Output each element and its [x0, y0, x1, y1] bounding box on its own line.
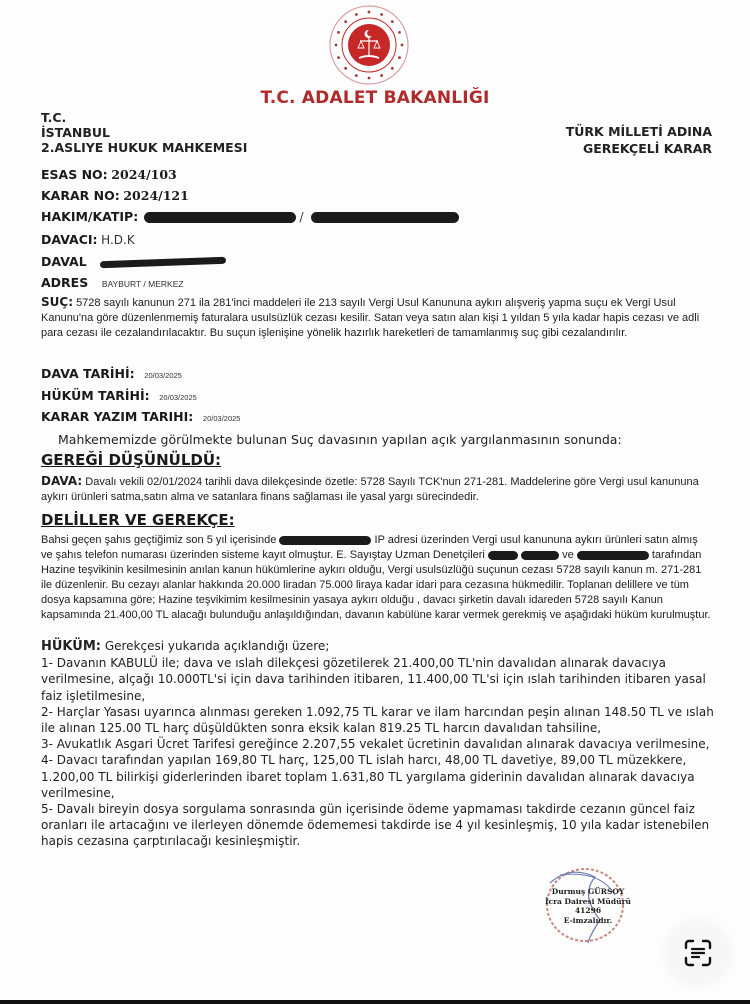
suc-label: SUÇ:	[41, 295, 73, 309]
dava-text: Davalı vekili 02/01/2024 tarihli dava di…	[41, 476, 699, 503]
bottom-edge	[0, 1000, 750, 1004]
karar-label: KARAR NO:	[41, 188, 120, 203]
signer-name: Durmuş GÜRSOY	[543, 887, 633, 897]
document-page: T.C. ADALET BAKANLIĞI T.C. İSTANBUL 2.AS…	[0, 0, 750, 1000]
davali-label: DAVAL	[41, 254, 87, 269]
karar-row: KARAR NO: 2024/121	[41, 188, 189, 203]
court-header: T.C. İSTANBUL 2.ASLIYE HUKUK MAHKEMESI	[41, 110, 247, 155]
dava-tarihi-row: DAVA TARİHİ: 20/03/2025	[41, 366, 182, 381]
dava-paragraph: DAVA: Davalı vekili 02/01/2024 tarihli d…	[41, 474, 711, 505]
redaction-mark	[311, 212, 459, 223]
dava-label: DAVA:	[41, 474, 82, 488]
ministry-title: T.C. ADALET BAKANLIĞI	[0, 88, 750, 108]
karar-yazim-row: KARAR YAZIM TARIHI: 20/03/2025	[41, 409, 240, 424]
court-country: T.C.	[41, 110, 247, 125]
hukum-item: 1- Davanın KABULÜ ile; dava ve ıslah dil…	[41, 655, 721, 704]
davali-row: DAVAL	[41, 254, 226, 269]
suc-text: 5728 sayılı kanunun 271 ila 281'inci mad…	[41, 297, 699, 339]
redaction-mark	[521, 551, 559, 560]
adres-row: ADRES BAYBURT / MERKEZ	[41, 275, 184, 290]
davaci-row: DAVACI: H.D.K	[41, 232, 135, 247]
hukum-item: 2- Harçlar Yasası uyarınca alınması gere…	[41, 704, 721, 736]
hukum-item: 5- Davalı bireyin dosya sorgulama sonras…	[41, 801, 721, 850]
redaction-mark	[488, 551, 518, 560]
hukum-label: HÜKÜM:	[41, 639, 101, 654]
text-scan-button[interactable]	[667, 922, 729, 984]
esas-row: ESAS NO: 2024/103	[41, 167, 177, 182]
dava-tarihi-label: DAVA TARİHİ:	[41, 366, 135, 381]
hukum-intro: Gerekçesi yukarıda açıklandığı üzere;	[105, 639, 330, 653]
deliller-title: DELİLLER VE GEREKÇE:	[41, 511, 235, 529]
hukum-item: 4- Davacı tarafından yapılan 169,80 TL h…	[41, 752, 721, 801]
hukum-tarihi-label: HÜKÜM TARİHİ:	[41, 388, 150, 403]
redaction-mark	[279, 536, 371, 545]
adres-value: BAYBURT / MERKEZ	[102, 279, 184, 289]
decision-type: GEREKÇELİ KARAR	[566, 140, 712, 157]
decision-header: TÜRK MİLLETİ ADINA GEREKÇELİ KARAR	[566, 123, 712, 157]
hakim-label: HAKIM/KATIP:	[41, 209, 138, 224]
hukum-item: 3- Avukatlık Asgari Ücret Tarifesi gereğ…	[41, 736, 721, 752]
deliller-text-c: ve	[562, 549, 574, 561]
dava-tarihi-value: 20/03/2025	[144, 371, 182, 380]
hukum-section: HÜKÜM: Gerekçesi yukarıda açıklandığı üz…	[41, 638, 721, 850]
karar-yazim-label: KARAR YAZIM TARIHI:	[41, 409, 193, 424]
adres-label: ADRES	[41, 275, 88, 290]
hukum-tarihi-value: 20/03/2025	[159, 393, 197, 402]
intro-text: Mahkememizde görülmekte bulunan Suç dava…	[58, 432, 622, 447]
karar-yazim-value: 20/03/2025	[203, 414, 241, 423]
redaction-mark	[144, 212, 296, 223]
hakim-separator: /	[299, 210, 303, 224]
hukum-heading: HÜKÜM: Gerekçesi yukarıda açıklandığı üz…	[41, 638, 721, 655]
signer-id: 41296	[543, 906, 633, 916]
court-name: 2.ASLIYE HUKUK MAHKEMESI	[41, 140, 247, 155]
redaction-mark	[100, 257, 226, 268]
signer-note: E-imzalıdır.	[543, 916, 633, 926]
deliller-paragraph: Bahsi geçen şahıs geçtiğimiz son 5 yıl i…	[41, 533, 711, 623]
ministry-emblem-icon	[328, 4, 410, 86]
davaci-label: DAVACI:	[41, 232, 98, 247]
nation-heading: TÜRK MİLLETİ ADINA	[566, 123, 712, 140]
signature-block: Durmuş GÜRSOY İcra Dairesi Müdürü 41296 …	[543, 887, 633, 925]
hukum-tarihi-row: HÜKÜM TARİHİ: 20/03/2025	[41, 388, 197, 403]
davaci-value: H.D.K	[101, 233, 135, 247]
text-scan-icon	[682, 937, 714, 969]
redaction-mark	[577, 551, 649, 560]
court-city: İSTANBUL	[41, 125, 247, 140]
esas-value: 2024/103	[111, 167, 176, 182]
deliller-text-a: Bahsi geçen şahıs geçtiğimiz son 5 yıl i…	[41, 534, 276, 546]
karar-value: 2024/121	[123, 188, 188, 203]
hakim-row: HAKIM/KATIP: /	[41, 209, 459, 224]
esas-label: ESAS NO:	[41, 167, 108, 182]
geregi-title: GEREĞİ DÜŞÜNÜLDÜ:	[41, 451, 221, 469]
suc-paragraph: SUÇ: 5728 sayılı kanunun 271 ila 281'inc…	[41, 295, 711, 341]
signer-title: İcra Dairesi Müdürü	[543, 897, 633, 907]
